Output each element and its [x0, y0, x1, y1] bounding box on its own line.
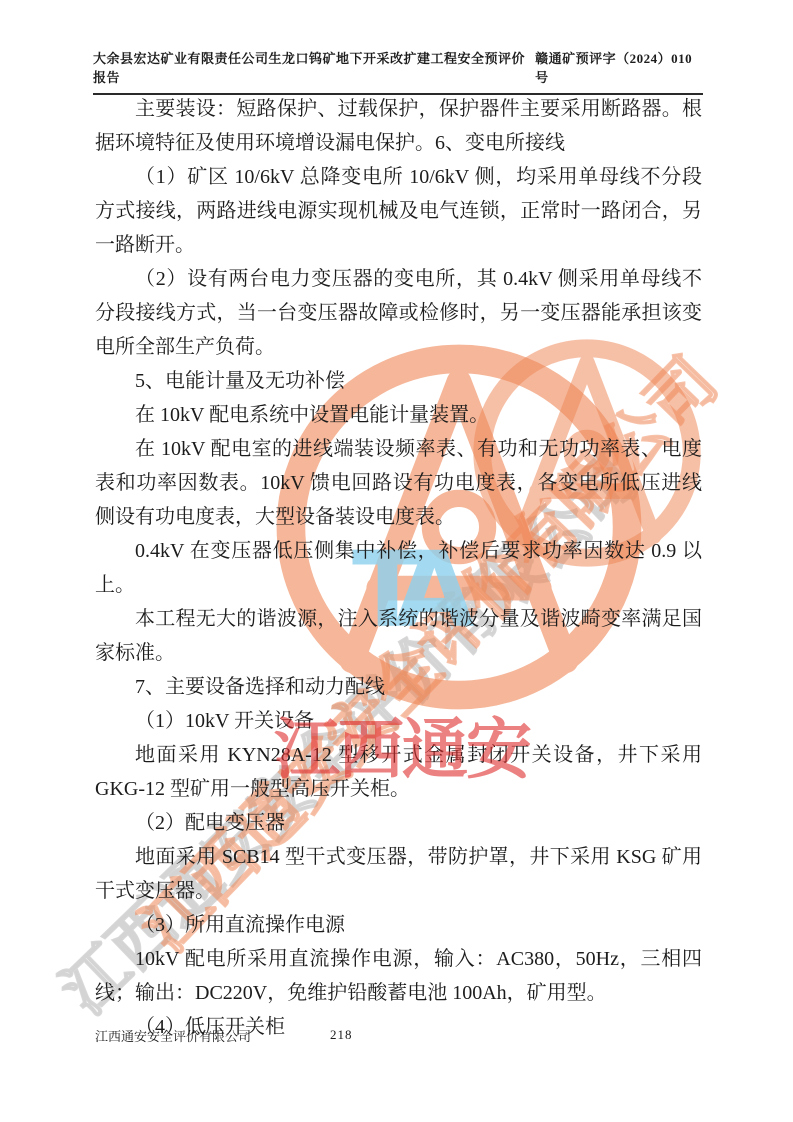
- paragraph: 本工程无大的谐波源，注入系统的谐波分量及谐波畸变率满足国家标准。: [95, 602, 702, 670]
- paragraph: 地面采用 KYN28A-12 型移开式金属封闭开关设备，井下采用 GKG-12 …: [95, 738, 702, 806]
- paragraph: 在 10kV 配电系统中设置电能计量装置。: [95, 398, 702, 432]
- page-footer: 江西通安安全评价有限公司 218: [95, 1026, 700, 1045]
- paragraph: （3）所用直流操作电源: [95, 908, 702, 942]
- paragraph: 主要装设：短路保护、过载保护，保护器件主要采用断路器。根据环境特征及使用环境增设…: [95, 92, 702, 160]
- header-title: 大余县宏达矿业有限责任公司生龙口钨矿地下开采改扩建工程安全预评价报告: [93, 48, 535, 86]
- paragraph: 在 10kV 配电室的进线端装设频率表、有功和无功功率表、电度表和功率因数表。1…: [95, 432, 702, 534]
- paragraph: （1）矿区 10/6kV 总降变电所 10/6kV 侧，均采用单母线不分段方式接…: [95, 160, 702, 262]
- page-header: 大余县宏达矿业有限责任公司生龙口钨矿地下开采改扩建工程安全预评价报告 赣通矿预评…: [93, 48, 703, 95]
- paragraph: （2）设有两台电力变压器的变电所，其 0.4kV 侧采用单母线不分段接线方式，当…: [95, 262, 702, 364]
- paragraph: 0.4kV 在变压器低压侧集中补偿，补偿后要求功率因数达 0.9 以上。: [95, 534, 702, 602]
- document-body: 主要装设：短路保护、过载保护，保护器件主要采用断路器。根据环境特征及使用环境增设…: [95, 92, 702, 1044]
- paragraph: （2）配电变压器: [95, 806, 702, 840]
- paragraph: 7、主要设备选择和动力配线: [95, 670, 702, 704]
- footer-company: 江西通安安全评价有限公司: [95, 1029, 251, 1044]
- header-doc-number: 赣通矿预评字（2024）010 号: [535, 48, 703, 86]
- page-number: 218: [330, 1027, 353, 1043]
- paragraph: 10kV 配电所采用直流操作电源，输入：AC380，50Hz，三相四线；输出：D…: [95, 942, 702, 1010]
- paragraph: 地面采用 SCB14 型干式变压器，带防护罩，井下采用 KSG 矿用干式变压器。: [95, 840, 702, 908]
- paragraph: 5、电能计量及无功补偿: [95, 364, 702, 398]
- document-page: 江西通安安全评价有限公司 江西通安安全评价有限公司 TA 大余县宏达矿业有限责任…: [0, 0, 793, 1122]
- paragraph: （1）10kV 开关设备: [95, 704, 702, 738]
